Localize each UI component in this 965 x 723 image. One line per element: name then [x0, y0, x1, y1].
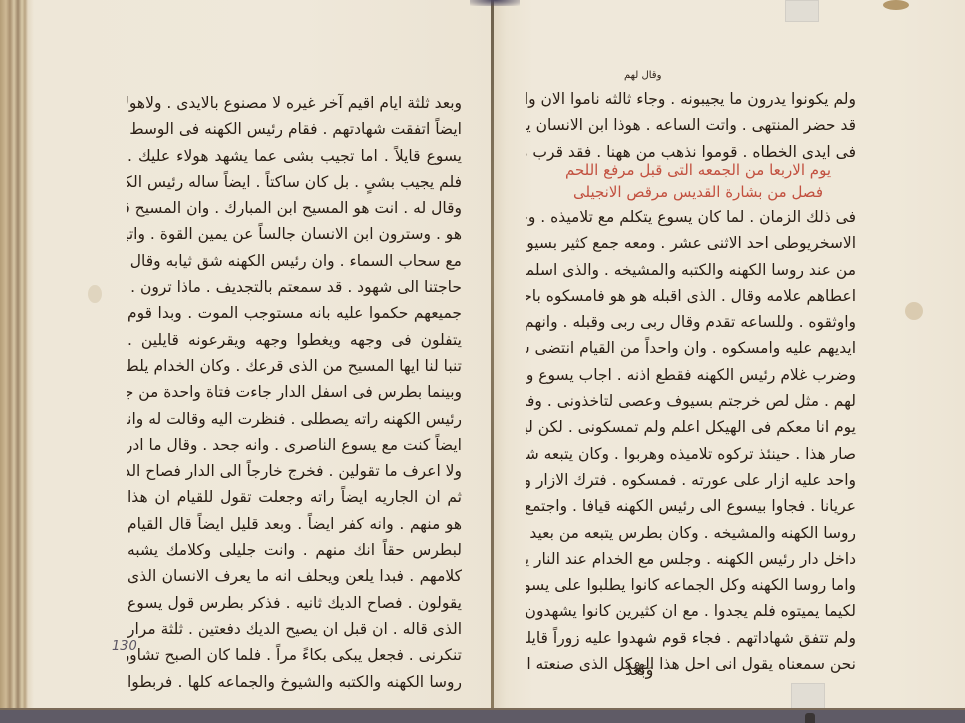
text-line: صار هذا . حينئذ تركوه تلاميذه وهربوا . و…	[526, 441, 856, 467]
text-line: واما روسا الكهنه وكل الجماعه كانوا يطلبو…	[526, 572, 856, 598]
text-line: نحن سمعناه يقول انى احل هذا الهيكل الذى …	[526, 651, 856, 677]
text-line: حاجتنا الى شهود . قد سمعتم بالتجديف . ما…	[127, 274, 462, 300]
text-line: ايديهم عليه وامسكوه . وان واحداً من القي…	[526, 335, 856, 361]
ink-stain	[883, 0, 909, 10]
text-line: قد حضر المنتهى . واتت الساعه . هوذا ابن …	[526, 112, 856, 138]
rubric-heading: يوم الاربعا من الجمعه التى قبل مرفع اللح…	[553, 159, 843, 203]
text-line: ولم يكونوا يدرون ما يجيبونه . وجاء ثالثه…	[526, 86, 856, 112]
text-line: وبعد ثلثة ايام اقيم آخر غيره لا مصنوع با…	[127, 90, 462, 116]
text-line: يسوع قايلاً . اما تجيب بشى عما يشهد هولا…	[127, 143, 462, 169]
text-line: فى ذلك الزمان . لما كان يسوع يتكلم مع تل…	[526, 204, 856, 230]
text-line: واحد عليه ازار على عورته . فمسكوه . فترك…	[526, 467, 856, 493]
catchword: وَبَعْدُ	[625, 660, 653, 679]
text-line: ايضاً اتفقت شهادتهم . فقام رئيس الكهنه ف…	[127, 116, 462, 142]
text-line: لكيما يميتوه فلم يجدوا . مع ان كثيرين كا…	[526, 598, 856, 624]
rubric-line: فصل من بشارة القديس مرقص الانجيلى	[553, 181, 843, 203]
rubric-line: يوم الاربعا من الجمعه التى قبل مرفع اللح…	[553, 159, 843, 181]
text-line: مع سحاب السماء . وان رئيس الكهنه شق ثياب…	[127, 248, 462, 274]
page-clip	[805, 713, 815, 723]
water-stain	[905, 302, 923, 320]
text-line: ولم تتفق شهاداتهم . فجاء قوم شهدوا عليه …	[526, 625, 856, 651]
right-page: وقال لهم ولم يكونوا يدرون ما يجيبونه . و…	[493, 0, 965, 708]
water-stain	[88, 285, 102, 303]
text-line: وبينما بطرس فى اسفل الدار جاءت فتاة واحد…	[127, 379, 462, 405]
scan-background-bar	[0, 708, 965, 723]
right-text-block-top: ولم يكونوا يدرون ما يجيبونه . وجاء ثالثه…	[526, 86, 856, 165]
spine-shadow	[470, 0, 520, 6]
left-page: وبعد ثلثة ايام اقيم آخر غيره لا مصنوع با…	[0, 0, 493, 708]
text-line: روسا الكهنه والمشيخه . وكان بطرس يتبعه م…	[526, 520, 856, 546]
text-line: الذى قاله . ان قبل ان يصيح الديك دفعتين …	[127, 616, 462, 642]
text-line: ولا اعرف ما تقولين . فخرج خارجاً الى الد…	[127, 458, 462, 484]
text-line: كلامهم . فبدا يلعن ويحلف انه ما يعرف الا…	[127, 563, 462, 589]
folio-number: 130	[112, 639, 137, 654]
marginal-note: وقال لهم	[624, 70, 661, 81]
text-line: عريانا . فجاوا بيسوع الى رئيس الكهنه قيا…	[526, 493, 856, 519]
tape-strip-top	[785, 0, 819, 22]
right-text-block-main: فى ذلك الزمان . لما كان يسوع يتكلم مع تل…	[526, 204, 856, 677]
text-line: هو منهم . وانه كفر ايضاً . وبعد قليل ايض…	[127, 511, 462, 537]
text-line: روسا الكهنه والكتبه والشيوخ والجماعه كله…	[127, 669, 462, 695]
text-line: لبطرس حقاً انك منهم . وانت جليلى وكلامك …	[127, 537, 462, 563]
text-line: هو . وسترون ابن الانسان جالساً عن يمين ا…	[127, 221, 462, 247]
text-line: فلم يجيب بشىٍ . بل كان ساكتاً . ايضاً سا…	[127, 169, 462, 195]
text-line: تنبا لنا ايها المسيح من الذى قرعك . وكان…	[127, 353, 462, 379]
text-line: تنكرنى . فجعل يبكى بكاءً مراً . فلما كان…	[127, 642, 462, 668]
text-line: وضرب غلام رئيس الكهنه فقطع اذنه . اجاب ي…	[526, 362, 856, 388]
text-line: من عند روسا الكهنه والكتبه والمشيخه . وا…	[526, 257, 856, 283]
text-line: جميعهم حكموا عليه بانه مستوجب الموت . وب…	[127, 300, 462, 326]
text-line: اعطاهم علامه وقال . الذى اقبله هو هو فام…	[526, 283, 856, 309]
left-text-block: وبعد ثلثة ايام اقيم آخر غيره لا مصنوع با…	[127, 90, 462, 695]
text-line: لهم . مثل لص خرجتم بسيوف وعصى لتاخذونى .…	[526, 388, 856, 414]
text-line: يوم انا معكم فى الهيكل اعلم ولم تمسكونى …	[526, 414, 856, 440]
manuscript-spread: وبعد ثلثة ايام اقيم آخر غيره لا مصنوع با…	[0, 0, 965, 708]
text-line: داخل دار رئيس الكهنه . وجلس مع الخدام عن…	[526, 546, 856, 572]
book-gutter	[491, 0, 494, 708]
text-line: واوثقوه . وللساعه تقدم وقال ربى ربى وقبل…	[526, 309, 856, 335]
text-line: وقال له . انت هو المسيح ابن المبارك . وا…	[127, 195, 462, 221]
tape-strip-bottom	[791, 683, 825, 708]
text-line: ايضاً كنت مع يسوع الناصرى . وانه جحد . و…	[127, 432, 462, 458]
text-line: الاسخريوطى احد الاثنى عشر . ومعه جمع كثي…	[526, 230, 856, 256]
text-line: ثم ان الجاريه ايضاً راته وجعلت تقول للقي…	[127, 484, 462, 510]
text-line: يتفلون فى وجهه ويغطوا وجهه ويقرعونه قايل…	[127, 327, 462, 353]
text-line: يقولون . فصاح الديك ثانيه . فذكر بطرس قو…	[127, 590, 462, 616]
text-line: رئيس الكهنه راته يصطلى . فنظرت اليه وقال…	[127, 406, 462, 432]
